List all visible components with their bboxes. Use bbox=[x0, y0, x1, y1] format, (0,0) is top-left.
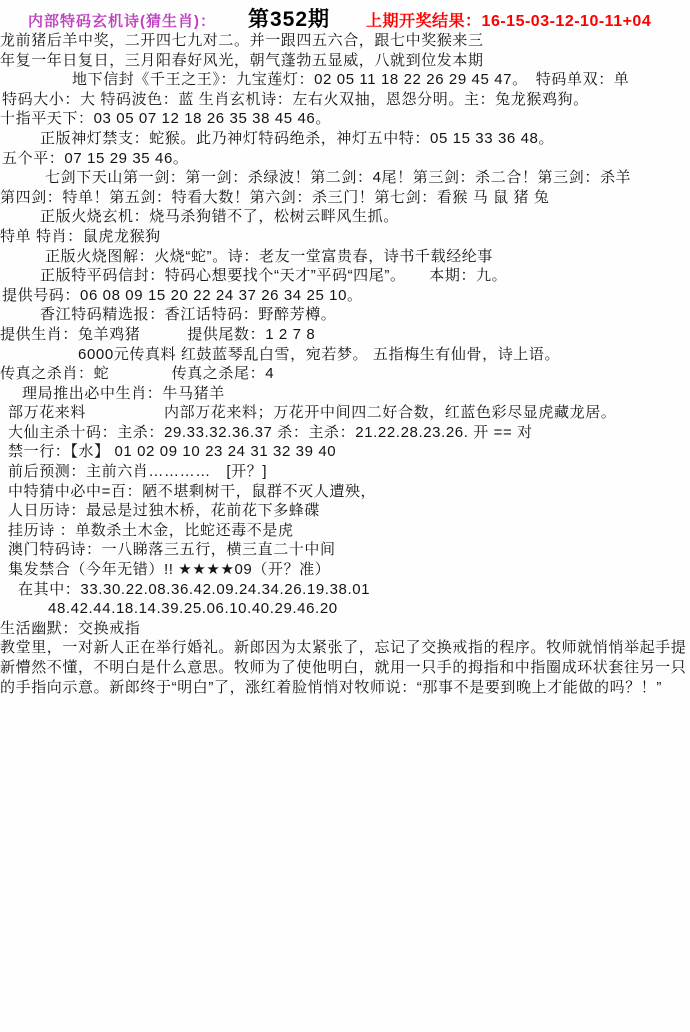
text-line-25: 人日历诗：最忌是过独木桥，花前花下多蜂碟 bbox=[0, 501, 690, 521]
text-line-32: 教堂里，一对新人正在举行婚礼。新郎因为太紧张了，忘记了交换戒指的程序。牧师就悄悄… bbox=[0, 638, 690, 658]
text-line-8: 七剑下天山第一剑：第一剑：杀绿波！第二剑：4尾！第三剑：杀二合！第三剑：杀羊 bbox=[0, 168, 690, 188]
text-line-12: 正版火烧图解：火烧“蛇”。诗：老友一堂富贵春，诗书千载经纶事 bbox=[0, 247, 690, 267]
text-line-22: 禁一行：【水】 01 02 09 10 23 24 31 32 39 40 bbox=[0, 442, 690, 462]
text-line-21: 大仙主杀十码：主杀：29.33.32.36.37 杀：主杀：21.22.28.2… bbox=[0, 423, 690, 443]
text-line-30: 48.42.44.18.14.39.25.06.10.40.29.46.20 bbox=[0, 599, 690, 619]
header: 内部特码玄机诗(猜生肖)： 第352期 上期开奖结果：16-15-03-12-1… bbox=[0, 3, 690, 28]
text-line-17: 6000元传真料 红鼓蓝琴乱白雪，宛若梦。 五指梅生有仙骨，诗上语。 bbox=[0, 345, 690, 365]
text-line-5: 十指平天下：03 05 07 12 18 26 35 38 45 46。 bbox=[0, 109, 690, 129]
text-line-31: 生活幽默：交换戒指 bbox=[0, 619, 690, 639]
text-line-33: 新懵然不懂，不明白是什么意思。牧师为了使他明白，就用一只手的拇指和中指圈成环状套… bbox=[0, 658, 690, 678]
text-line-13: 正版特平码信封：特码心想要找个“天才”平码“四尾”。 本期：九。 bbox=[0, 266, 690, 286]
text-line-16: 提供生肖：兔羊鸡猪 提供尾数：1 2 7 8 bbox=[0, 325, 690, 345]
text-line-6: 正版神灯禁支：蛇猴。此乃神灯特码绝杀，神灯五中特：05 15 33 36 48。 bbox=[0, 129, 690, 149]
text-line-29: 在其中：33.30.22.08.36.42.09.24.34.26.19.38.… bbox=[0, 580, 690, 600]
text-line-10: 正版火烧玄机：烧马杀狗错不了，松树云畔风生抓。 bbox=[0, 207, 690, 227]
text-line-27: 澳门特码诗：一八睇落三五行，横三直二十中间 bbox=[0, 540, 690, 560]
text-line-3: 地下信封《千王之王》：九宝莲灯：02 05 11 18 22 26 29 45 … bbox=[0, 70, 690, 90]
text-line-1: 龙前猪后羊中奖，二开四七九对二。并一跟四五六合，跟七中奖猴来三 bbox=[0, 31, 690, 51]
text-line-24: 中特猜中必中=百：陋不堪剩树干，鼠群不灭人遭殃， bbox=[0, 482, 690, 502]
text-line-4: 特码大小：大 特码波色：蓝 生肖玄机诗：左右火双抽，恩怨分明。主：兔龙猴鸡狗。 bbox=[0, 90, 690, 110]
issue-number: 第352期 bbox=[248, 3, 330, 33]
text-line-18: 传真之杀肖：蛇 传真之杀尾：4 bbox=[0, 364, 690, 384]
text-line-9: 第四剑：特单！第五剑：特看大数！第六剑：杀三门！第七剑：看猴 马 鼠 猪 兔 bbox=[0, 188, 690, 208]
previous-draw-result: 上期开奖结果：16-15-03-12-10-11+04 bbox=[366, 8, 651, 31]
text-line-11: 特单 特肖：鼠虎龙猴狗 bbox=[0, 227, 690, 247]
text-line-19: 理局推出必中生肖：牛马猪羊 bbox=[0, 384, 690, 404]
page: 内部特码玄机诗(猜生肖)： 第352期 上期开奖结果：16-15-03-12-1… bbox=[0, 0, 690, 1032]
text-line-26: 挂历诗 ：单数杀土木金，比蛇还毒不是虎 bbox=[0, 521, 690, 541]
text-line-14: 提供号码：06 08 09 15 20 22 24 37 26 34 25 10… bbox=[0, 286, 690, 306]
text-line-28: 集发禁合（今年无错）!! ★★★★09（开？准） bbox=[0, 560, 690, 580]
text-line-20: 部万花来料 内部万花来料；万花开中间四二好合数，红蓝色彩尽显虎藏龙居。 bbox=[0, 403, 690, 423]
text-line-7: 五个平：07 15 29 35 46。 bbox=[0, 149, 690, 169]
text-line-23: 前后预测：主前六肖………… [开？] bbox=[0, 462, 690, 482]
text-line-2: 年复一年日复日，三月阳春好风光，朝气蓬勃五显威，八就到位发本期 bbox=[0, 51, 690, 71]
text-line-15: 香江特码精选报：香江话特码：野醉芳樽。 bbox=[0, 305, 690, 325]
content-lines: 龙前猪后羊中奖，二开四七九对二。并一跟四五六合，跟七中奖猴来三年复一年日复日，三… bbox=[0, 31, 690, 697]
text-line-34: 的手指向示意。新郎终于“明白”了，涨红着脸悄悄对牧师说：“那事不是要到晚上才能做… bbox=[0, 678, 690, 698]
header-label: 内部特码玄机诗(猜生肖)： bbox=[0, 10, 216, 31]
